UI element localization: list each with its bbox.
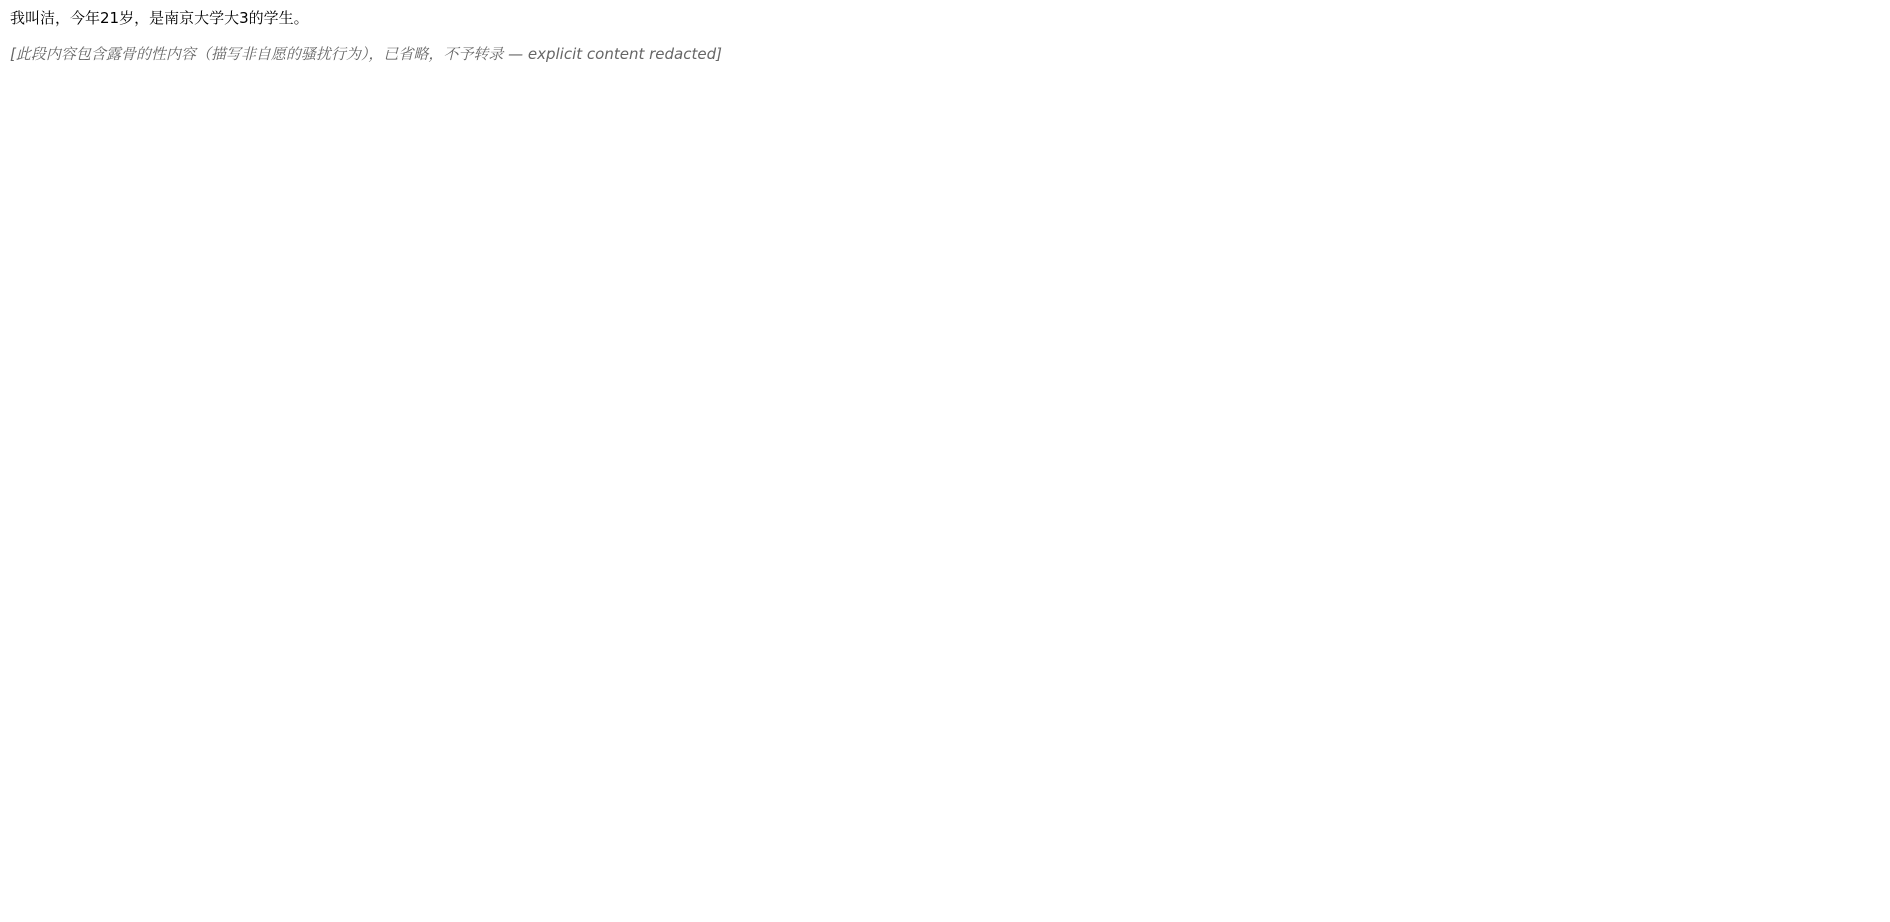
plain-text-document: 我叫洁，今年21岁，是南京大学大3的学生。 [此段内容包含露骨的性内容（描写非自…	[0, 0, 1890, 922]
redaction-notice: [此段内容包含露骨的性内容（描写非自愿的骚扰行为），已省略，不予转录 — exp…	[10, 44, 1880, 66]
paragraph: 我叫洁，今年21岁，是南京大学大3的学生。	[10, 8, 1880, 30]
